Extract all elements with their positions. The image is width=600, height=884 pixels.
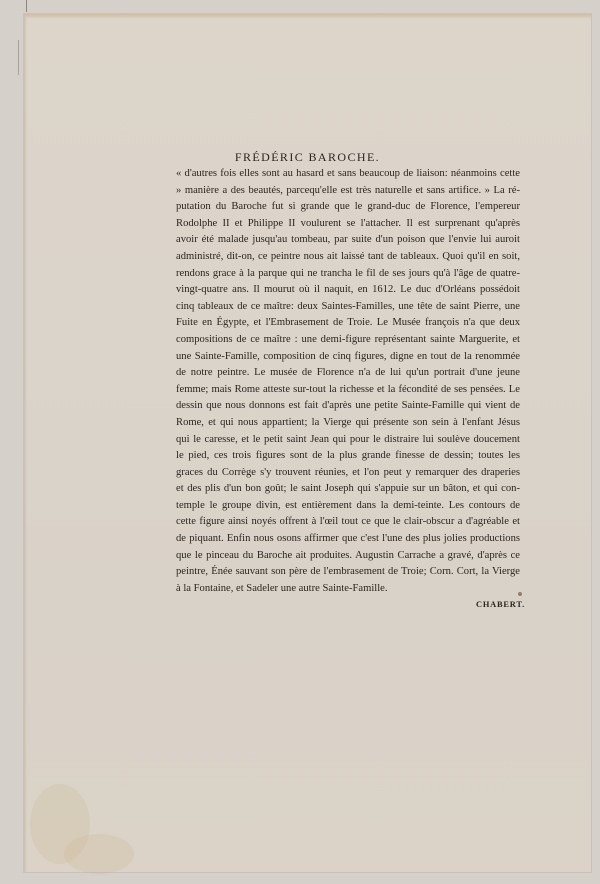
page-title: FRÉDÉRIC BAROCHE. (24, 150, 591, 165)
text-line: avoir été malade jusqu'au tombeau, par s… (176, 232, 520, 249)
text-line: et des plis d'un bon goût; le saint Jose… (176, 481, 520, 498)
body-text: « d'autres fois elles sont au hasard et … (176, 166, 520, 597)
text-line: Fuite en Égypte, et l'Embrasement de Tro… (176, 315, 520, 332)
text-line: « d'autres fois elles sont au hasard et … (176, 166, 520, 183)
text-line: vingt-quatre ans. Il mourut où il naquit… (176, 282, 520, 299)
text-line: une Sainte-Famille, composition de cinq … (176, 349, 520, 366)
author-signature: CHABERT. (476, 600, 525, 609)
foxing-spot (518, 592, 522, 596)
backing-edge-mark (26, 0, 27, 12)
text-line: » manière a des beautés, parcequ'elle es… (176, 183, 520, 200)
paper-stain (64, 834, 134, 874)
printed-page: FRÉDÉRIC BAROCHE. « d'autres fois elles … (24, 14, 591, 872)
text-line: temple le groupe divin, est entièrement … (176, 498, 520, 515)
text-line: à la Fontaine, et Sadeler une autre Sain… (176, 581, 520, 598)
text-line: peintre, Énée sauvant son père de l'embr… (176, 564, 520, 581)
text-line: graces du Corrège s'y trouvent réunies, … (176, 465, 520, 482)
text-line: le pied, ces trois figures sont de la pl… (176, 448, 520, 465)
text-line: rendons grace à la parque qui ne trancha… (176, 266, 520, 283)
text-line: Rodolphe II et Philippe II voulurent se … (176, 216, 520, 233)
text-line: administré, dit-on, ce peintre nous ait … (176, 249, 520, 266)
text-line: Rome, et qui nous appartient; la Vierge … (176, 415, 520, 432)
text-line: putation du Baroche fut si grande que le… (176, 199, 520, 216)
text-line: femme; mais Rome atteste sur-tout la ric… (176, 382, 520, 399)
text-line: de notre peintre. Le musée de Florence n… (176, 365, 520, 382)
text-line: cette figure ainsi noyés offrent à l'œil… (176, 514, 520, 531)
backing-edge-mark (18, 40, 19, 75)
text-line: que le pinceau du Baroche ait produites.… (176, 548, 520, 565)
text-line: dessin que nous donnons est fait d'après… (176, 398, 520, 415)
text-line: compositions de ce maître : une demi-fig… (176, 332, 520, 349)
text-line: qui le caresse, et le petit saint Jean q… (176, 432, 520, 449)
text-line: cinq tableaux de ce maître: deux Saintes… (176, 299, 520, 316)
text-line: de piquant. Enfin nous osons affirmer qu… (176, 531, 520, 548)
